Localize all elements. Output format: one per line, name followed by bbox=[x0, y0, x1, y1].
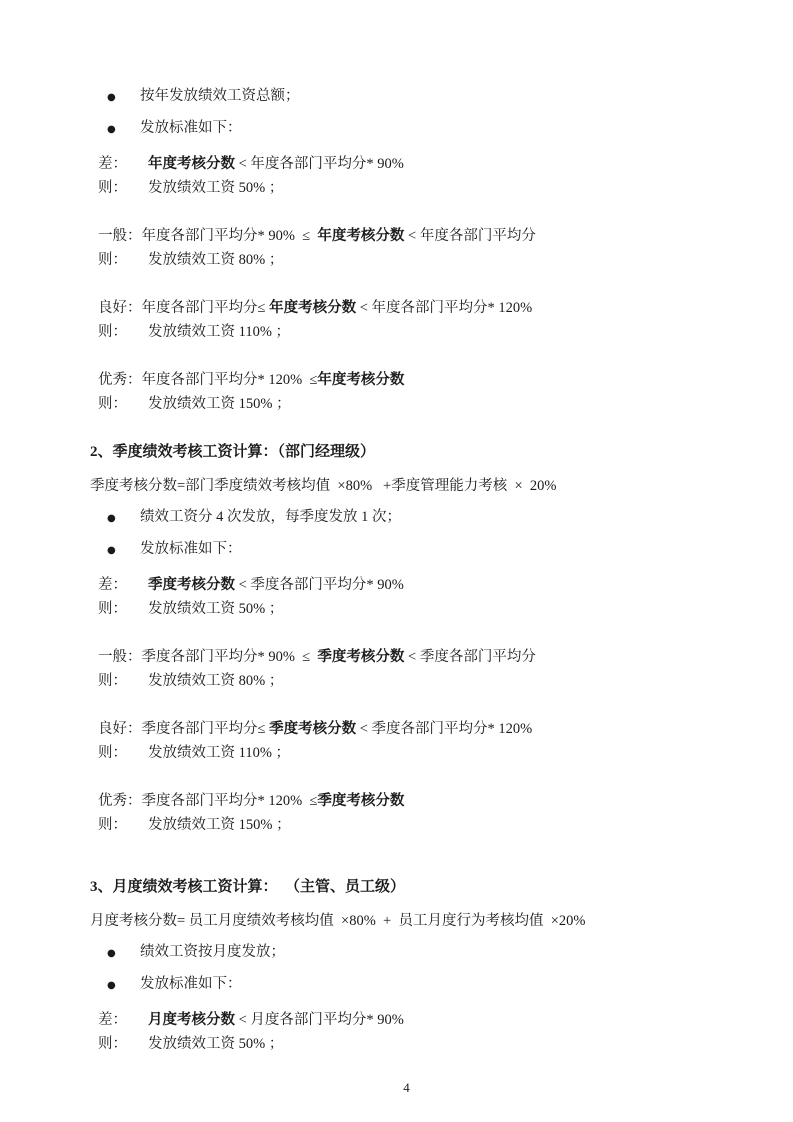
condition-segment: < 年度各部门平均分* 120% bbox=[356, 300, 532, 316]
bullet-icon: ● bbox=[90, 507, 140, 531]
rule-result: 则：发放绩效工资 150% ； bbox=[98, 813, 723, 837]
formula-line: 月度考核分数= 员工月度绩效考核均值 ×80% + 员工月度行为考核均值 ×20… bbox=[90, 909, 723, 933]
rule-list: 差：月度考核分数 < 月度各部门平均分* 90%则：发放绩效工资 50% ； bbox=[90, 1008, 723, 1056]
bullet-item: ●绩效工资分 4 次发放，每季度发放 1 次； bbox=[90, 505, 723, 531]
rule-result: 则：发放绩效工资 110% ； bbox=[98, 320, 723, 344]
grade-label: 优秀： bbox=[98, 368, 142, 392]
document-body: ●按年发放绩效工资总额；●发放标准如下：差：年度考核分数 < 年度各部门平均分*… bbox=[90, 84, 723, 1056]
bullet-text: 发放标准如下： bbox=[140, 972, 242, 996]
bullet-icon: ● bbox=[90, 942, 140, 966]
page-number: 4 bbox=[403, 1080, 410, 1095]
document-page: ●按年发放绩效工资总额；●发放标准如下：差：年度考核分数 < 年度各部门平均分*… bbox=[0, 0, 793, 1122]
result-text: 发放绩效工资 50% ； bbox=[148, 1036, 283, 1052]
bullet-text: 按年发放绩效工资总额； bbox=[140, 84, 300, 108]
condition-segment: 年度各部门平均分≤ bbox=[142, 300, 270, 316]
bullet-item: ●发放标准如下： bbox=[90, 116, 723, 142]
rule-group: 良好：年度各部门平均分≤ 年度考核分数 < 年度各部门平均分* 120%则：发放… bbox=[90, 296, 723, 344]
condition-segment: 年度考核分数 bbox=[317, 228, 404, 244]
rule-group: 优秀：年度各部门平均分* 120% ≤年度考核分数则：发放绩效工资 150% ； bbox=[90, 368, 723, 416]
section: 3、月度绩效考核工资计算： （主管、员工级）月度考核分数= 员工月度绩效考核均值… bbox=[90, 875, 723, 1056]
condition-segment: 年度各部门平均分* 120% ≤ bbox=[142, 372, 318, 388]
grade-label: 差： bbox=[98, 152, 148, 176]
result-text: 发放绩效工资 150% ； bbox=[148, 817, 291, 833]
section: 2、季度绩效考核工资计算：（部门经理级）季度考核分数=部门季度绩效考核均值 ×8… bbox=[90, 440, 723, 837]
condition-segment: 季度各部门平均分* 90% ≤ bbox=[142, 649, 318, 665]
condition-segment: < 季度各部门平均分 bbox=[404, 649, 535, 665]
rule-group: 差：月度考核分数 < 月度各部门平均分* 90%则：发放绩效工资 50% ； bbox=[90, 1008, 723, 1056]
formula-line: 季度考核分数=部门季度绩效考核均值 ×80% +季度管理能力考核 × 20% bbox=[90, 474, 723, 498]
result-label: 则： bbox=[98, 320, 148, 344]
condition-segment: 季度各部门平均分* 120% ≤ bbox=[142, 793, 318, 809]
bullet-text: 发放标准如下： bbox=[140, 537, 242, 561]
condition-segment: 季度各部门平均分≤ bbox=[142, 721, 270, 737]
bullet-text: 绩效工资按月度发放； bbox=[140, 940, 285, 964]
rule-result: 则：发放绩效工资 150% ； bbox=[98, 392, 723, 416]
result-label: 则： bbox=[98, 176, 148, 200]
section: ●按年发放绩效工资总额；●发放标准如下：差：年度考核分数 < 年度各部门平均分*… bbox=[90, 84, 723, 416]
bullet-text: 发放标准如下： bbox=[140, 116, 242, 140]
section-heading: 2、季度绩效考核工资计算：（部门经理级） bbox=[90, 440, 723, 464]
result-label: 则： bbox=[98, 597, 148, 621]
bullet-list: ●绩效工资分 4 次发放，每季度发放 1 次；●发放标准如下： bbox=[90, 505, 723, 563]
bullet-text: 绩效工资分 4 次发放，每季度发放 1 次； bbox=[140, 505, 401, 529]
rule-group: 优秀：季度各部门平均分* 120% ≤季度考核分数则：发放绩效工资 150% ； bbox=[90, 789, 723, 837]
condition-segment: 季度考核分数 bbox=[317, 793, 404, 809]
condition-segment: < 年度各部门平均分* 90% bbox=[235, 156, 404, 172]
condition-segment: 年度考核分数 bbox=[148, 156, 235, 172]
result-label: 则： bbox=[98, 813, 148, 837]
grade-label: 良好： bbox=[98, 717, 142, 741]
condition-segment: 季度考核分数 bbox=[148, 577, 235, 593]
rule-result: 则：发放绩效工资 50% ； bbox=[98, 176, 723, 200]
rule-group: 差：季度考核分数 < 季度各部门平均分* 90%则：发放绩效工资 50% ； bbox=[90, 573, 723, 621]
condition-segment: < 月度各部门平均分* 90% bbox=[235, 1012, 404, 1028]
condition-segment: 季度考核分数 bbox=[269, 721, 356, 737]
bullet-icon: ● bbox=[90, 86, 140, 110]
grade-label: 一般： bbox=[98, 645, 142, 669]
bullet-icon: ● bbox=[90, 539, 140, 563]
bullet-list: ●按年发放绩效工资总额；●发放标准如下： bbox=[90, 84, 723, 142]
rule-group: 差：年度考核分数 < 年度各部门平均分* 90%则：发放绩效工资 50% ； bbox=[90, 152, 723, 200]
condition-segment: 月度考核分数 bbox=[148, 1012, 235, 1028]
rule-list: 差：季度考核分数 < 季度各部门平均分* 90%则：发放绩效工资 50% ；一般… bbox=[90, 573, 723, 837]
result-text: 发放绩效工资 80% ； bbox=[148, 252, 283, 268]
condition-segment: 年度考核分数 bbox=[317, 372, 404, 388]
rule-condition: 优秀：季度各部门平均分* 120% ≤季度考核分数 bbox=[98, 789, 723, 813]
rule-condition: 优秀：年度各部门平均分* 120% ≤年度考核分数 bbox=[98, 368, 723, 392]
condition-segment: < 季度各部门平均分* 90% bbox=[235, 577, 404, 593]
rule-group: 一般：季度各部门平均分* 90% ≤ 季度考核分数 < 季度各部门平均分则：发放… bbox=[90, 645, 723, 693]
rule-condition: 差：年度考核分数 < 年度各部门平均分* 90% bbox=[98, 152, 723, 176]
grade-label: 差： bbox=[98, 1008, 148, 1032]
bullet-item: ●按年发放绩效工资总额； bbox=[90, 84, 723, 110]
result-label: 则： bbox=[98, 1032, 148, 1056]
rule-condition: 差：季度考核分数 < 季度各部门平均分* 90% bbox=[98, 573, 723, 597]
rule-list: 差：年度考核分数 < 年度各部门平均分* 90%则：发放绩效工资 50% ；一般… bbox=[90, 152, 723, 416]
rule-result: 则：发放绩效工资 50% ； bbox=[98, 1032, 723, 1056]
rule-group: 良好：季度各部门平均分≤ 季度考核分数 < 季度各部门平均分* 120%则：发放… bbox=[90, 717, 723, 765]
rule-result: 则：发放绩效工资 50% ； bbox=[98, 597, 723, 621]
bullet-item: ●发放标准如下： bbox=[90, 537, 723, 563]
bullet-item: ●发放标准如下： bbox=[90, 972, 723, 998]
result-text: 发放绩效工资 80% ； bbox=[148, 673, 283, 689]
rule-condition: 良好：季度各部门平均分≤ 季度考核分数 < 季度各部门平均分* 120% bbox=[98, 717, 723, 741]
result-text: 发放绩效工资 110% ； bbox=[148, 745, 290, 761]
result-text: 发放绩效工资 150% ； bbox=[148, 396, 291, 412]
bullet-item: ●绩效工资按月度发放； bbox=[90, 940, 723, 966]
result-label: 则： bbox=[98, 669, 148, 693]
rule-condition: 一般：年度各部门平均分* 90% ≤ 年度考核分数 < 年度各部门平均分 bbox=[98, 224, 723, 248]
page-footer: 4 bbox=[0, 1078, 793, 1098]
condition-segment: < 年度各部门平均分 bbox=[404, 228, 535, 244]
condition-segment: 年度各部门平均分* 90% ≤ bbox=[142, 228, 318, 244]
condition-segment: 年度考核分数 bbox=[269, 300, 356, 316]
rule-group: 一般：年度各部门平均分* 90% ≤ 年度考核分数 < 年度各部门平均分则：发放… bbox=[90, 224, 723, 272]
rule-condition: 差：月度考核分数 < 月度各部门平均分* 90% bbox=[98, 1008, 723, 1032]
bullet-list: ●绩效工资按月度发放；●发放标准如下： bbox=[90, 940, 723, 998]
condition-segment: < 季度各部门平均分* 120% bbox=[356, 721, 532, 737]
condition-segment: 季度考核分数 bbox=[317, 649, 404, 665]
rule-result: 则：发放绩效工资 80% ； bbox=[98, 248, 723, 272]
grade-label: 差： bbox=[98, 573, 148, 597]
result-text: 发放绩效工资 50% ； bbox=[148, 180, 283, 196]
result-label: 则： bbox=[98, 248, 148, 272]
result-label: 则： bbox=[98, 741, 148, 765]
rule-result: 则：发放绩效工资 80% ； bbox=[98, 669, 723, 693]
rule-condition: 一般：季度各部门平均分* 90% ≤ 季度考核分数 < 季度各部门平均分 bbox=[98, 645, 723, 669]
grade-label: 优秀： bbox=[98, 789, 142, 813]
result-text: 发放绩效工资 50% ； bbox=[148, 601, 283, 617]
result-text: 发放绩效工资 110% ； bbox=[148, 324, 290, 340]
rule-condition: 良好：年度各部门平均分≤ 年度考核分数 < 年度各部门平均分* 120% bbox=[98, 296, 723, 320]
grade-label: 良好： bbox=[98, 296, 142, 320]
result-label: 则： bbox=[98, 392, 148, 416]
section-heading: 3、月度绩效考核工资计算： （主管、员工级） bbox=[90, 875, 723, 899]
bullet-icon: ● bbox=[90, 974, 140, 998]
rule-result: 则：发放绩效工资 110% ； bbox=[98, 741, 723, 765]
grade-label: 一般： bbox=[98, 224, 142, 248]
bullet-icon: ● bbox=[90, 118, 140, 142]
